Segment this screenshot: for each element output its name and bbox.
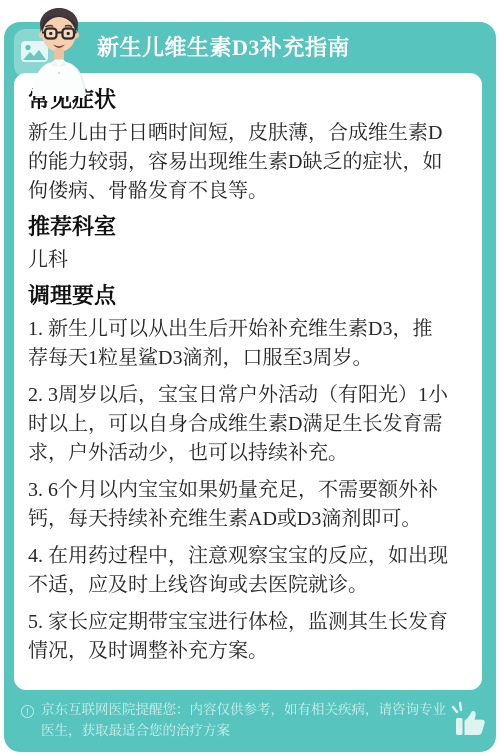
care-point-4: 4. 在用药过程中，注意观察宝宝的反应，如出现不适，应及时上线咨询或去医院就诊。 xyxy=(28,542,452,600)
department-text: 儿科 xyxy=(28,246,452,275)
care-point-5: 5. 家长应定期带宝宝进行体检，监测其生长发育情况，及时调整补充方案。 xyxy=(28,608,452,666)
thumbs-up-icon xyxy=(450,699,488,739)
section-heading-care-points: 调理要点 xyxy=(28,283,452,309)
care-point-2: 2. 3周岁以后，宝宝日常户外活动（有阳光）1小时以上，可以自身合成维生素D满足… xyxy=(28,381,452,468)
symptoms-text: 新生儿由于日晒时间短，皮肤薄，合成维生素D的能力较弱，容易出现维生素D缺乏的症状… xyxy=(28,119,452,206)
like-button[interactable] xyxy=(450,699,488,739)
care-point-3: 3. 6个月以内宝宝如果奶量充足，不需要额外补钙，每天持续补充维生素AD或D3滴… xyxy=(28,476,452,534)
content-card: 常见症状 新生儿由于日晒时间短，皮肤薄，合成维生素D的能力较弱，容易出现维生素D… xyxy=(14,73,482,690)
doctor-avatar-graphic xyxy=(12,2,104,96)
section-heading-department: 推荐科室 xyxy=(28,214,452,240)
info-circle-icon: ! xyxy=(21,705,34,718)
doctor-avatar xyxy=(12,2,104,96)
disclaimer-text: 京东互联网医院提醒您：内容仅供参考，如有相关疾病，请咨询专业医生，获取最适合您的… xyxy=(41,699,449,741)
footer-disclaimer-bar: ! 京东互联网医院提醒您：内容仅供参考，如有相关疾病，请咨询专业医生，获取最适合… xyxy=(14,699,488,741)
care-point-1: 1. 新生儿可以从出生后开始补充维生素D3，推荐每天1粒星鲨D3滴剂，口服至3周… xyxy=(28,315,452,373)
page-title: 新生儿维生素D3补充指南 xyxy=(97,31,350,62)
